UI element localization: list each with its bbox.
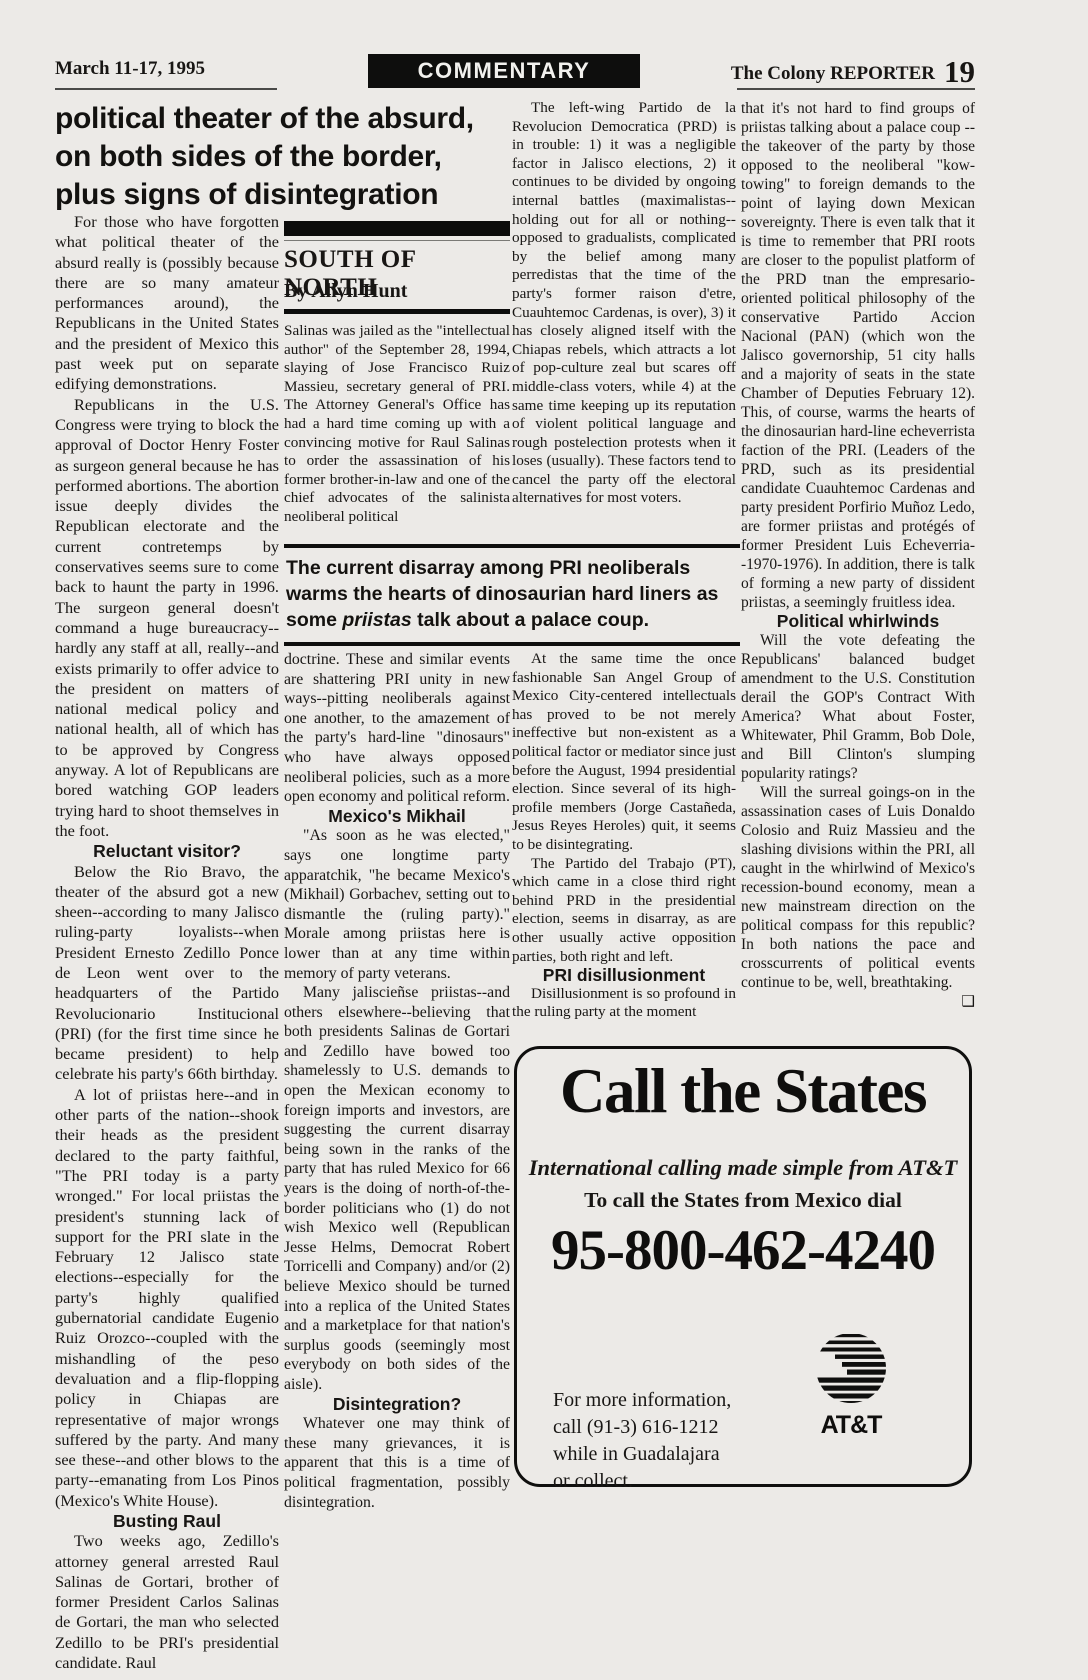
att-wordmark: AT&T bbox=[793, 1411, 909, 1440]
header-rule-right bbox=[737, 88, 975, 90]
article-paragraph: Will the vote defeating the Republicans'… bbox=[741, 631, 975, 783]
header-rule-left bbox=[55, 88, 277, 90]
column-masthead-bar bbox=[284, 221, 510, 236]
pull-quote: The current disarray among PRI neolibera… bbox=[284, 544, 740, 646]
newspaper-page: March 11-17, 1995 COMMENTARY The Colony … bbox=[0, 0, 1088, 1680]
article-paragraph: The Partido del Trabajo (PT), which came… bbox=[512, 855, 736, 967]
article-paragraph-text: Will the surreal goings-on in the assass… bbox=[741, 784, 975, 991]
pull-quote-italic-word: priistas bbox=[342, 609, 411, 631]
ad-info-line: or collect. bbox=[553, 1468, 793, 1495]
article-paragraph: The left-wing Partido de la Revolucion D… bbox=[512, 99, 736, 508]
masthead: The Colony REPORTER19 bbox=[700, 54, 975, 90]
section-subhead: Mexico's Mikhail bbox=[284, 807, 510, 827]
article-column-2-top: Salinas was jailed as the "intellectual … bbox=[284, 322, 510, 527]
newspaper-name: The Colony REPORTER bbox=[731, 63, 935, 84]
article-paragraph: Many jaliscieñse priistas--and others el… bbox=[284, 983, 510, 1394]
column-masthead-line bbox=[284, 240, 510, 241]
att-advertisement: Call the States International calling ma… bbox=[514, 1046, 972, 1487]
article-paragraph: Will the surreal goings-on in the assass… bbox=[741, 783, 975, 992]
ad-contact-info: For more information, call (91-3) 616-12… bbox=[553, 1387, 793, 1495]
headline-line-1: political theater of the absurd, bbox=[55, 100, 533, 138]
article-paragraph: Whatever one may think of these many gri… bbox=[284, 1414, 510, 1512]
att-logo: AT&T bbox=[793, 1331, 909, 1440]
ad-info-line: while in Guadalajara bbox=[553, 1441, 793, 1468]
article-paragraph: Two weeks ago, Zedillo's attorney genera… bbox=[55, 1531, 279, 1673]
section-subhead: Disintegration? bbox=[284, 1395, 510, 1415]
article-paragraph: A lot of priistas here--and in other par… bbox=[55, 1085, 279, 1511]
article-column-2-bottom: doctrine. These and similar events are s… bbox=[284, 650, 510, 1512]
section-subhead: PRI disillusionment bbox=[512, 966, 736, 985]
article-paragraph: Below the Rio Bravo, the theater of the … bbox=[55, 862, 279, 1085]
article-paragraph: For those who have forgotten what politi… bbox=[55, 212, 279, 395]
article-column-1: For those who have forgotten what politi… bbox=[55, 212, 279, 1673]
article-paragraph: Salinas was jailed as the "intellectual … bbox=[284, 322, 510, 527]
article-paragraph: "As soon as he was elected," says one lo… bbox=[284, 826, 510, 983]
headline-line-3: plus signs of disintegration bbox=[55, 176, 533, 214]
headline-line-2: on both sides of the border, bbox=[55, 138, 533, 176]
ad-info-line: For more information, bbox=[553, 1387, 793, 1414]
ad-instruction: To call the States from Mexico dial bbox=[517, 1188, 969, 1213]
article-headline: political theater of the absurd, on both… bbox=[55, 100, 533, 214]
section-subhead: Reluctant visitor? bbox=[55, 841, 279, 861]
article-paragraph: that it's not hard to find groups of pri… bbox=[741, 99, 975, 612]
ad-info-line: call (91-3) 616-1212 bbox=[553, 1414, 793, 1441]
pull-quote-text: talk about a palace coup. bbox=[412, 609, 649, 631]
ad-title: Call the States bbox=[517, 1055, 969, 1128]
page-date: March 11-17, 1995 bbox=[55, 58, 205, 80]
column-masthead-rule bbox=[284, 309, 510, 314]
section-banner: COMMENTARY bbox=[368, 54, 640, 88]
section-subhead: Political whirlwinds bbox=[741, 612, 975, 631]
article-paragraph: Disillusionment is so profound in the ru… bbox=[512, 985, 736, 1022]
column-byline: By Allyn Hunt bbox=[284, 280, 407, 303]
article-paragraph: Republicans in the U.S. Congress were tr… bbox=[55, 395, 279, 842]
section-subhead: Busting Raul bbox=[55, 1511, 279, 1531]
article-paragraph: At the same time the once fashionable Sa… bbox=[512, 650, 736, 855]
article-column-3-bottom: At the same time the once fashionable Sa… bbox=[512, 650, 736, 1022]
ad-phone-number: 95-800-462-4240 bbox=[517, 1218, 969, 1283]
att-globe-icon bbox=[814, 1392, 888, 1409]
article-column-4: that it's not hard to find groups of pri… bbox=[741, 99, 975, 1011]
ad-tagline: International calling made simple from A… bbox=[517, 1155, 969, 1181]
page-number: 19 bbox=[944, 54, 975, 89]
article-paragraph: doctrine. These and similar events are s… bbox=[284, 650, 510, 807]
end-of-article-mark: ❑ bbox=[943, 992, 975, 1011]
article-column-3-top: The left-wing Partido de la Revolucion D… bbox=[512, 99, 736, 508]
